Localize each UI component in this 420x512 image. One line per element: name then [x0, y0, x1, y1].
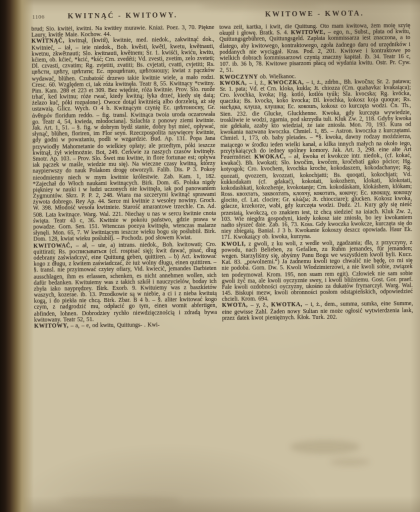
entry-text: – i, ż., zdrbn., Bh. kwočna; Sr. 2. pata… — [220, 79, 412, 161]
dictionary-entry: KWITOWY, – a, – e, od kwitu, Quittungs- … — [34, 322, 217, 330]
left-text-column: brud; Slo. kwitél, kwitni. Na kwitłey mu… — [31, 25, 218, 493]
entry-text: z gwoli, z ku woli, z wedle woli, zgadza… — [221, 240, 412, 304]
entry-text: – ego, n., Subst., płata od kwitu, Quitt… — [219, 29, 410, 74]
page-content: 1106 KWITNĄĆ - KWITOWY. KWITOWE - KWOTA.… — [0, 0, 420, 512]
dictionary-entry: towa zeił, kartka, i kwit, die Quittung.… — [219, 23, 410, 74]
dictionary-entry: KWITOWAĆ, – ał, – uie, a) intrans. niedo… — [33, 242, 217, 324]
right-running-title: KWITOWE - KWOTA. — [219, 9, 410, 19]
scanned-book-page-photo: 1106 KWITNĄĆ - KWITOWY. KWITOWE - KWOTA.… — [0, 0, 420, 512]
dictionary-entry: KWOTA, – y, ż., KWOTKA, – i, ż., dem., s… — [222, 301, 413, 321]
entry-headword: KWITOWY, — [34, 323, 69, 329]
entry-text: – ał, kwoka et kwokcze intr. niedok., (c… — [221, 153, 413, 241]
page-number: 1106 — [32, 14, 45, 20]
right-text-column: towa zeił, kartka, i kwit, die Quittung.… — [219, 23, 414, 491]
dictionary-entry: KWOLI, z gwoli, z ku woli, z wedle woli,… — [221, 240, 413, 304]
entry-text: kwitnął, (kwitł), kwitnie, med. niedok.,… — [31, 37, 216, 243]
entry-text: – ał, – uie, a) intrans. niedok., Boh. k… — [33, 242, 217, 324]
left-running-title: KWITNĄĆ - KWITOWY. — [31, 11, 214, 21]
left-running-head: 1106 KWITNĄĆ - KWITOWY. — [31, 11, 214, 25]
entry-text: – a, – e, od kwitu, Quittungs- . Kwi- — [69, 322, 160, 329]
right-running-head: KWITOWE - KWOTA. — [219, 9, 410, 23]
dictionary-entry: KWITNĄĆ, kwitnął, (kwitł), kwitnie, med.… — [31, 37, 216, 243]
dictionary-entry: KWOKA, – i, ż., KWOCZKA, – i, ż., zdrbn.… — [220, 79, 413, 242]
